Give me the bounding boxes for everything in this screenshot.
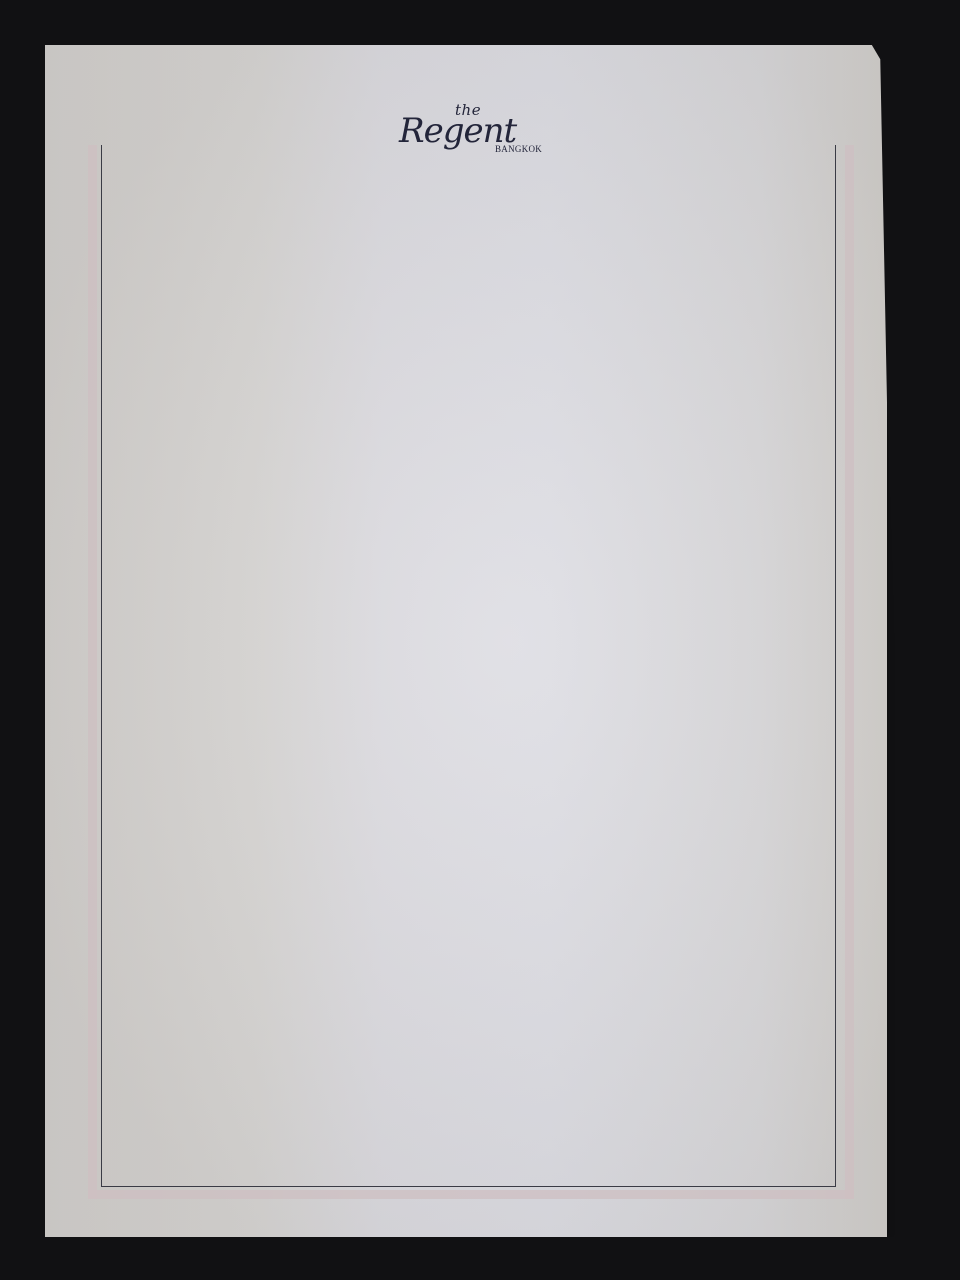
border-band-right — [845, 145, 854, 1199]
border-frame — [101, 145, 836, 1187]
letterhead-paper: the Regent BANGKOK — [45, 45, 887, 1237]
border-band-left — [88, 145, 97, 1199]
border-band-bottom — [88, 1190, 854, 1199]
